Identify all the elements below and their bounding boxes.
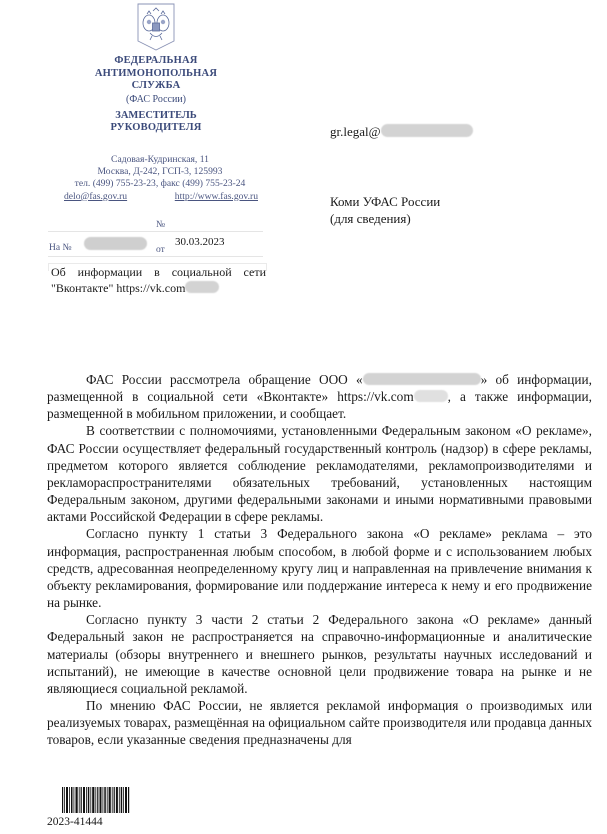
- registration-number: 2023-41444: [47, 816, 103, 828]
- redacted-vk-url-body: [414, 390, 448, 402]
- org-name-line-1: ФЕДЕРАЛЬНАЯ: [40, 55, 272, 68]
- paragraph-5: По мнению ФАС России, не является реклам…: [47, 697, 592, 748]
- cc-recipient: Коми УФАС России (для сведения): [330, 193, 440, 227]
- reference-number-line: [48, 256, 263, 257]
- letterhead-organization: ФЕДЕРАЛЬНАЯ АНТИМОНОПОЛЬНАЯ СЛУЖБА (ФАС …: [40, 55, 272, 135]
- redacted-vk-url: [185, 281, 219, 293]
- recipient-email: gr.legal@: [330, 124, 381, 139]
- barcode-icon: [62, 787, 130, 813]
- paragraph-4: Согласно пункту 3 части 2 статьи 2 Федер…: [47, 611, 592, 697]
- email-link[interactable]: delo@fas.gov.ru: [64, 191, 127, 203]
- subject-box-corner-left: [48, 263, 49, 271]
- outgoing-number-label: №: [156, 220, 165, 230]
- letter-subject: Об информации в социальной сети "Вконтак…: [51, 264, 266, 296]
- cc-recipient-name: Коми УФАС России: [330, 193, 440, 210]
- org-short-name: (ФАС России): [40, 93, 272, 106]
- address-street: Садовая-Кудринская, 11: [40, 154, 280, 166]
- letter-body: ФАС России рассмотрела обращение ООО «» …: [47, 371, 592, 748]
- redacted-company-name: [363, 373, 481, 385]
- position-line-1: ЗАМЕСТИТЕЛЬ: [40, 110, 272, 123]
- org-name-line-3: СЛУЖБА: [40, 80, 272, 93]
- paragraph-2: В соответствии с полномочиями, установле…: [47, 422, 592, 525]
- date-label: от: [156, 245, 165, 255]
- reference-date: 30.03.2023: [175, 236, 225, 248]
- russian-coat-of-arms-icon: [137, 3, 175, 52]
- website-link[interactable]: http://www.fas.gov.ru: [175, 191, 258, 203]
- cc-recipient-note: (для сведения): [330, 210, 440, 227]
- reference-number-label: На №: [49, 243, 72, 253]
- subject-text: Об информации в социальной сети "Вконтак…: [51, 265, 266, 295]
- address-phones: тел. (499) 755-23-23, факс (499) 755-23-…: [40, 178, 280, 190]
- subject-box-corner-right: [266, 263, 267, 271]
- paragraph-3: Согласно пункту 1 статьи 3 Федерального …: [47, 525, 592, 611]
- position-line-2: РУКОВОДИТЕЛЯ: [40, 122, 272, 135]
- redacted-recipient-domain: [381, 124, 473, 137]
- redacted-reference-number: [84, 237, 147, 250]
- letterhead-address: Садовая-Кудринская, 11 Москва, Д-242, ГС…: [40, 154, 280, 203]
- paragraph-1: ФАС России рассмотрела обращение ООО «» …: [47, 371, 592, 422]
- org-name-line-2: АНТИМОНОПОЛЬНАЯ: [40, 68, 272, 81]
- outgoing-number-line: [48, 231, 263, 232]
- primary-recipient: gr.legal@: [330, 124, 473, 140]
- address-city: Москва, Д-242, ГСП-3, 125993: [40, 166, 280, 178]
